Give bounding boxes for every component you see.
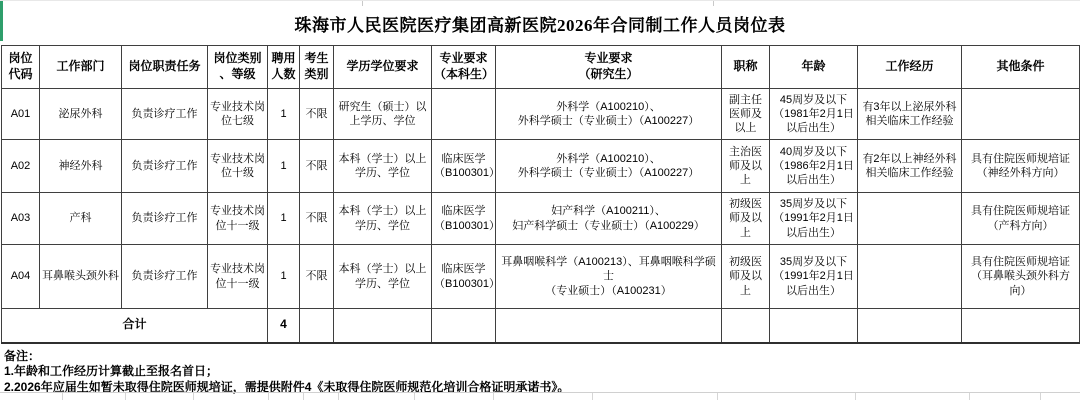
cell-headcount: 1 xyxy=(268,140,300,193)
col-candidate-type: 考生 类别 xyxy=(300,46,334,89)
cell-department: 神经外科 xyxy=(40,140,122,193)
cell-age: 40周岁及以下 （1986年2月1日 以后出生） xyxy=(770,140,858,193)
cell-candidate-type: 不限 xyxy=(300,140,334,193)
cell-candidate-type: 不限 xyxy=(300,245,334,309)
cell-empty xyxy=(432,309,496,343)
total-headcount: 4 xyxy=(268,309,300,343)
remarks-block: 备注： 1.年龄和工作经历计算截止至报名首日； 2.2026年应届生如暂未取得住… xyxy=(4,349,1080,396)
total-row: 合计 4 xyxy=(2,309,1080,343)
col-major-postgrad: 专业要求 （研究生） xyxy=(496,46,722,89)
table-row: A03 产科 负责诊疗工作 专业技术岗位十一级 1 不限 本科（学士）以上学历、… xyxy=(2,193,1080,245)
col-professional-title: 职称 xyxy=(722,46,770,89)
cell-major-bachelor: 临床医学 （B100301） xyxy=(432,245,496,309)
cell-age: 35周岁及以下 （1991年2月1日 以后出生） xyxy=(770,193,858,245)
cell-duties: 负责诊疗工作 xyxy=(122,89,208,140)
cell-department: 耳鼻喉头颈外科 xyxy=(40,245,122,309)
cell-major-postgrad: 耳鼻咽喉科学（A100213）、耳鼻咽喉科学硕士 （专业硕士）（A100231） xyxy=(496,245,722,309)
col-other-conditions: 其他条件 xyxy=(962,46,1080,89)
cell-major-postgrad: 外科学（A100210）、 外科学硕士（专业硕士）（A100227） xyxy=(496,140,722,193)
remarks-line-1: 1.年龄和工作经历计算截止至报名首日； xyxy=(4,364,1080,380)
cell-headcount: 1 xyxy=(268,245,300,309)
cell-major-postgrad: 外科学（A100210）、 外科学硕士（专业硕士）（A100227） xyxy=(496,89,722,140)
cell-department: 产科 xyxy=(40,193,122,245)
col-education: 学历学位要求 xyxy=(334,46,432,89)
cell-empty xyxy=(770,309,858,343)
col-department: 工作部门 xyxy=(40,46,122,89)
cell-category-grade: 专业技术岗位十一级 xyxy=(208,245,268,309)
cell-professional-title: 初级医师及以上 xyxy=(722,245,770,309)
cell-category-grade: 专业技术岗位十级 xyxy=(208,140,268,193)
col-category-grade: 岗位类别 、等级 xyxy=(208,46,268,89)
gridline-stub xyxy=(362,1,363,6)
cell-empty xyxy=(858,309,962,343)
cell-candidate-type: 不限 xyxy=(300,89,334,140)
cell-major-bachelor: 临床医学 （B100301） xyxy=(432,193,496,245)
cell-empty xyxy=(334,309,432,343)
cell-headcount: 1 xyxy=(268,89,300,140)
cell-empty xyxy=(300,309,334,343)
cell-major-bachelor xyxy=(432,89,496,140)
col-headcount: 聘用 人数 xyxy=(268,46,300,89)
cell-category-grade: 专业技术岗位七级 xyxy=(208,89,268,140)
cell-position-code: A03 xyxy=(2,193,40,245)
cell-professional-title: 初级医师及以上 xyxy=(722,193,770,245)
cell-professional-title: 副主任医师及以上 xyxy=(722,89,770,140)
cell-age: 45周岁及以下 （1981年2月1日 以后出生） xyxy=(770,89,858,140)
col-major-bachelor: 专业要求 （本科生） xyxy=(432,46,496,89)
cell-education: 研究生（硕士）以上学历、学位 xyxy=(334,89,432,140)
cell-department: 泌尿外科 xyxy=(40,89,122,140)
cell-experience xyxy=(858,245,962,309)
page-title: 珠海市人民医院医疗集团高新医院2026年合同制工作人员岗位表 xyxy=(295,11,786,36)
table-row: A04 耳鼻喉头颈外科 负责诊疗工作 专业技术岗位十一级 1 不限 本科（学士）… xyxy=(2,245,1080,309)
col-age: 年龄 xyxy=(770,46,858,89)
col-duties: 岗位职责任务 xyxy=(122,46,208,89)
cell-major-postgrad: 妇产科学（A100211）、 妇产科学硕士（专业硕士）（A100229） xyxy=(496,193,722,245)
total-label: 合计 xyxy=(2,309,268,343)
positions-table: 岗位 代码 工作部门 岗位职责任务 岗位类别 、等级 聘用 人数 考生 类别 学… xyxy=(1,45,1080,344)
cell-age: 35周岁及以下 （1991年2月1日 以后出生） xyxy=(770,245,858,309)
table-row: A01 泌尿外科 负责诊疗工作 专业技术岗位七级 1 不限 研究生（硕士）以上学… xyxy=(2,89,1080,140)
cell-position-code: A01 xyxy=(2,89,40,140)
cell-empty xyxy=(722,309,770,343)
cell-empty xyxy=(962,309,1080,343)
cell-experience xyxy=(858,193,962,245)
cell-candidate-type: 不限 xyxy=(300,193,334,245)
cell-position-code: A04 xyxy=(2,245,40,309)
col-position-code: 岗位 代码 xyxy=(2,46,40,89)
cell-empty xyxy=(496,309,722,343)
cell-education: 本科（学士）以上学历、学位 xyxy=(334,245,432,309)
cell-category-grade: 专业技术岗位十一级 xyxy=(208,193,268,245)
cell-education: 本科（学士）以上学历、学位 xyxy=(334,193,432,245)
cell-other-conditions xyxy=(962,89,1080,140)
cell-headcount: 1 xyxy=(268,193,300,245)
selection-accent-mark xyxy=(0,1,3,41)
cell-position-code: A02 xyxy=(2,140,40,193)
table-row: A02 神经外科 负责诊疗工作 专业技术岗位十级 1 不限 本科（学士）以上学历… xyxy=(2,140,1080,193)
cell-duties: 负责诊疗工作 xyxy=(122,140,208,193)
cell-major-bachelor: 临床医学 （B100301） xyxy=(432,140,496,193)
cell-professional-title: 主治医师及以上 xyxy=(722,140,770,193)
cell-other-conditions: 具有住院医师规培证 （产科方向） xyxy=(962,193,1080,245)
remarks-heading: 备注： xyxy=(4,349,1080,365)
cell-duties: 负责诊疗工作 xyxy=(122,245,208,309)
cell-duties: 负责诊疗工作 xyxy=(122,193,208,245)
header-row: 岗位 代码 工作部门 岗位职责任务 岗位类别 、等级 聘用 人数 考生 类别 学… xyxy=(2,46,1080,89)
cell-other-conditions: 具有住院医师规培证 （耳鼻喉头颈外科方 向） xyxy=(962,245,1080,309)
cell-other-conditions: 具有住院医师规培证 （神经外科方向） xyxy=(962,140,1080,193)
title-row: 珠海市人民医院医疗集团高新医院2026年合同制工作人员岗位表 xyxy=(0,1,1080,45)
gridline-stub xyxy=(713,1,714,6)
cell-education: 本科（学士）以上学历、学位 xyxy=(334,140,432,193)
cell-experience: 有3年以上泌尿外科相关临床工作经验 xyxy=(858,89,962,140)
cell-experience: 有2年以上神经外科相关临床工作经验 xyxy=(858,140,962,193)
col-experience: 工作经历 xyxy=(858,46,962,89)
